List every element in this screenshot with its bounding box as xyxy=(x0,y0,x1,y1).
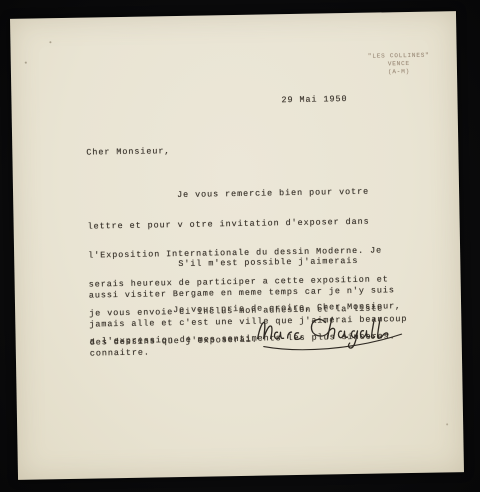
signature xyxy=(253,306,406,355)
typed-line: S'il m'est possible j'aimerais xyxy=(88,256,406,271)
paper-speck xyxy=(446,423,448,425)
signature-ink xyxy=(253,306,406,355)
letterhead-line-3: (A-M) xyxy=(341,67,457,77)
letter-paper: "LES COLLINES" VENCE (A-M) 29 Mai 1950 C… xyxy=(10,11,464,480)
typed-line: lettre et pour v otre invitation d'expos… xyxy=(88,217,388,232)
salutation: Cher Monsieur, xyxy=(86,147,170,158)
scan-background: "LES COLLINES" VENCE (A-M) 29 Mai 1950 C… xyxy=(0,0,480,492)
date-line: 29 Mai 1950 xyxy=(281,95,347,106)
typed-line: Je vous remercie bien pour votre xyxy=(87,188,387,203)
paper-speck xyxy=(49,41,51,43)
letterhead: "LES COLLINES" VENCE (A-M) xyxy=(341,51,457,77)
paper-speck xyxy=(25,62,27,64)
